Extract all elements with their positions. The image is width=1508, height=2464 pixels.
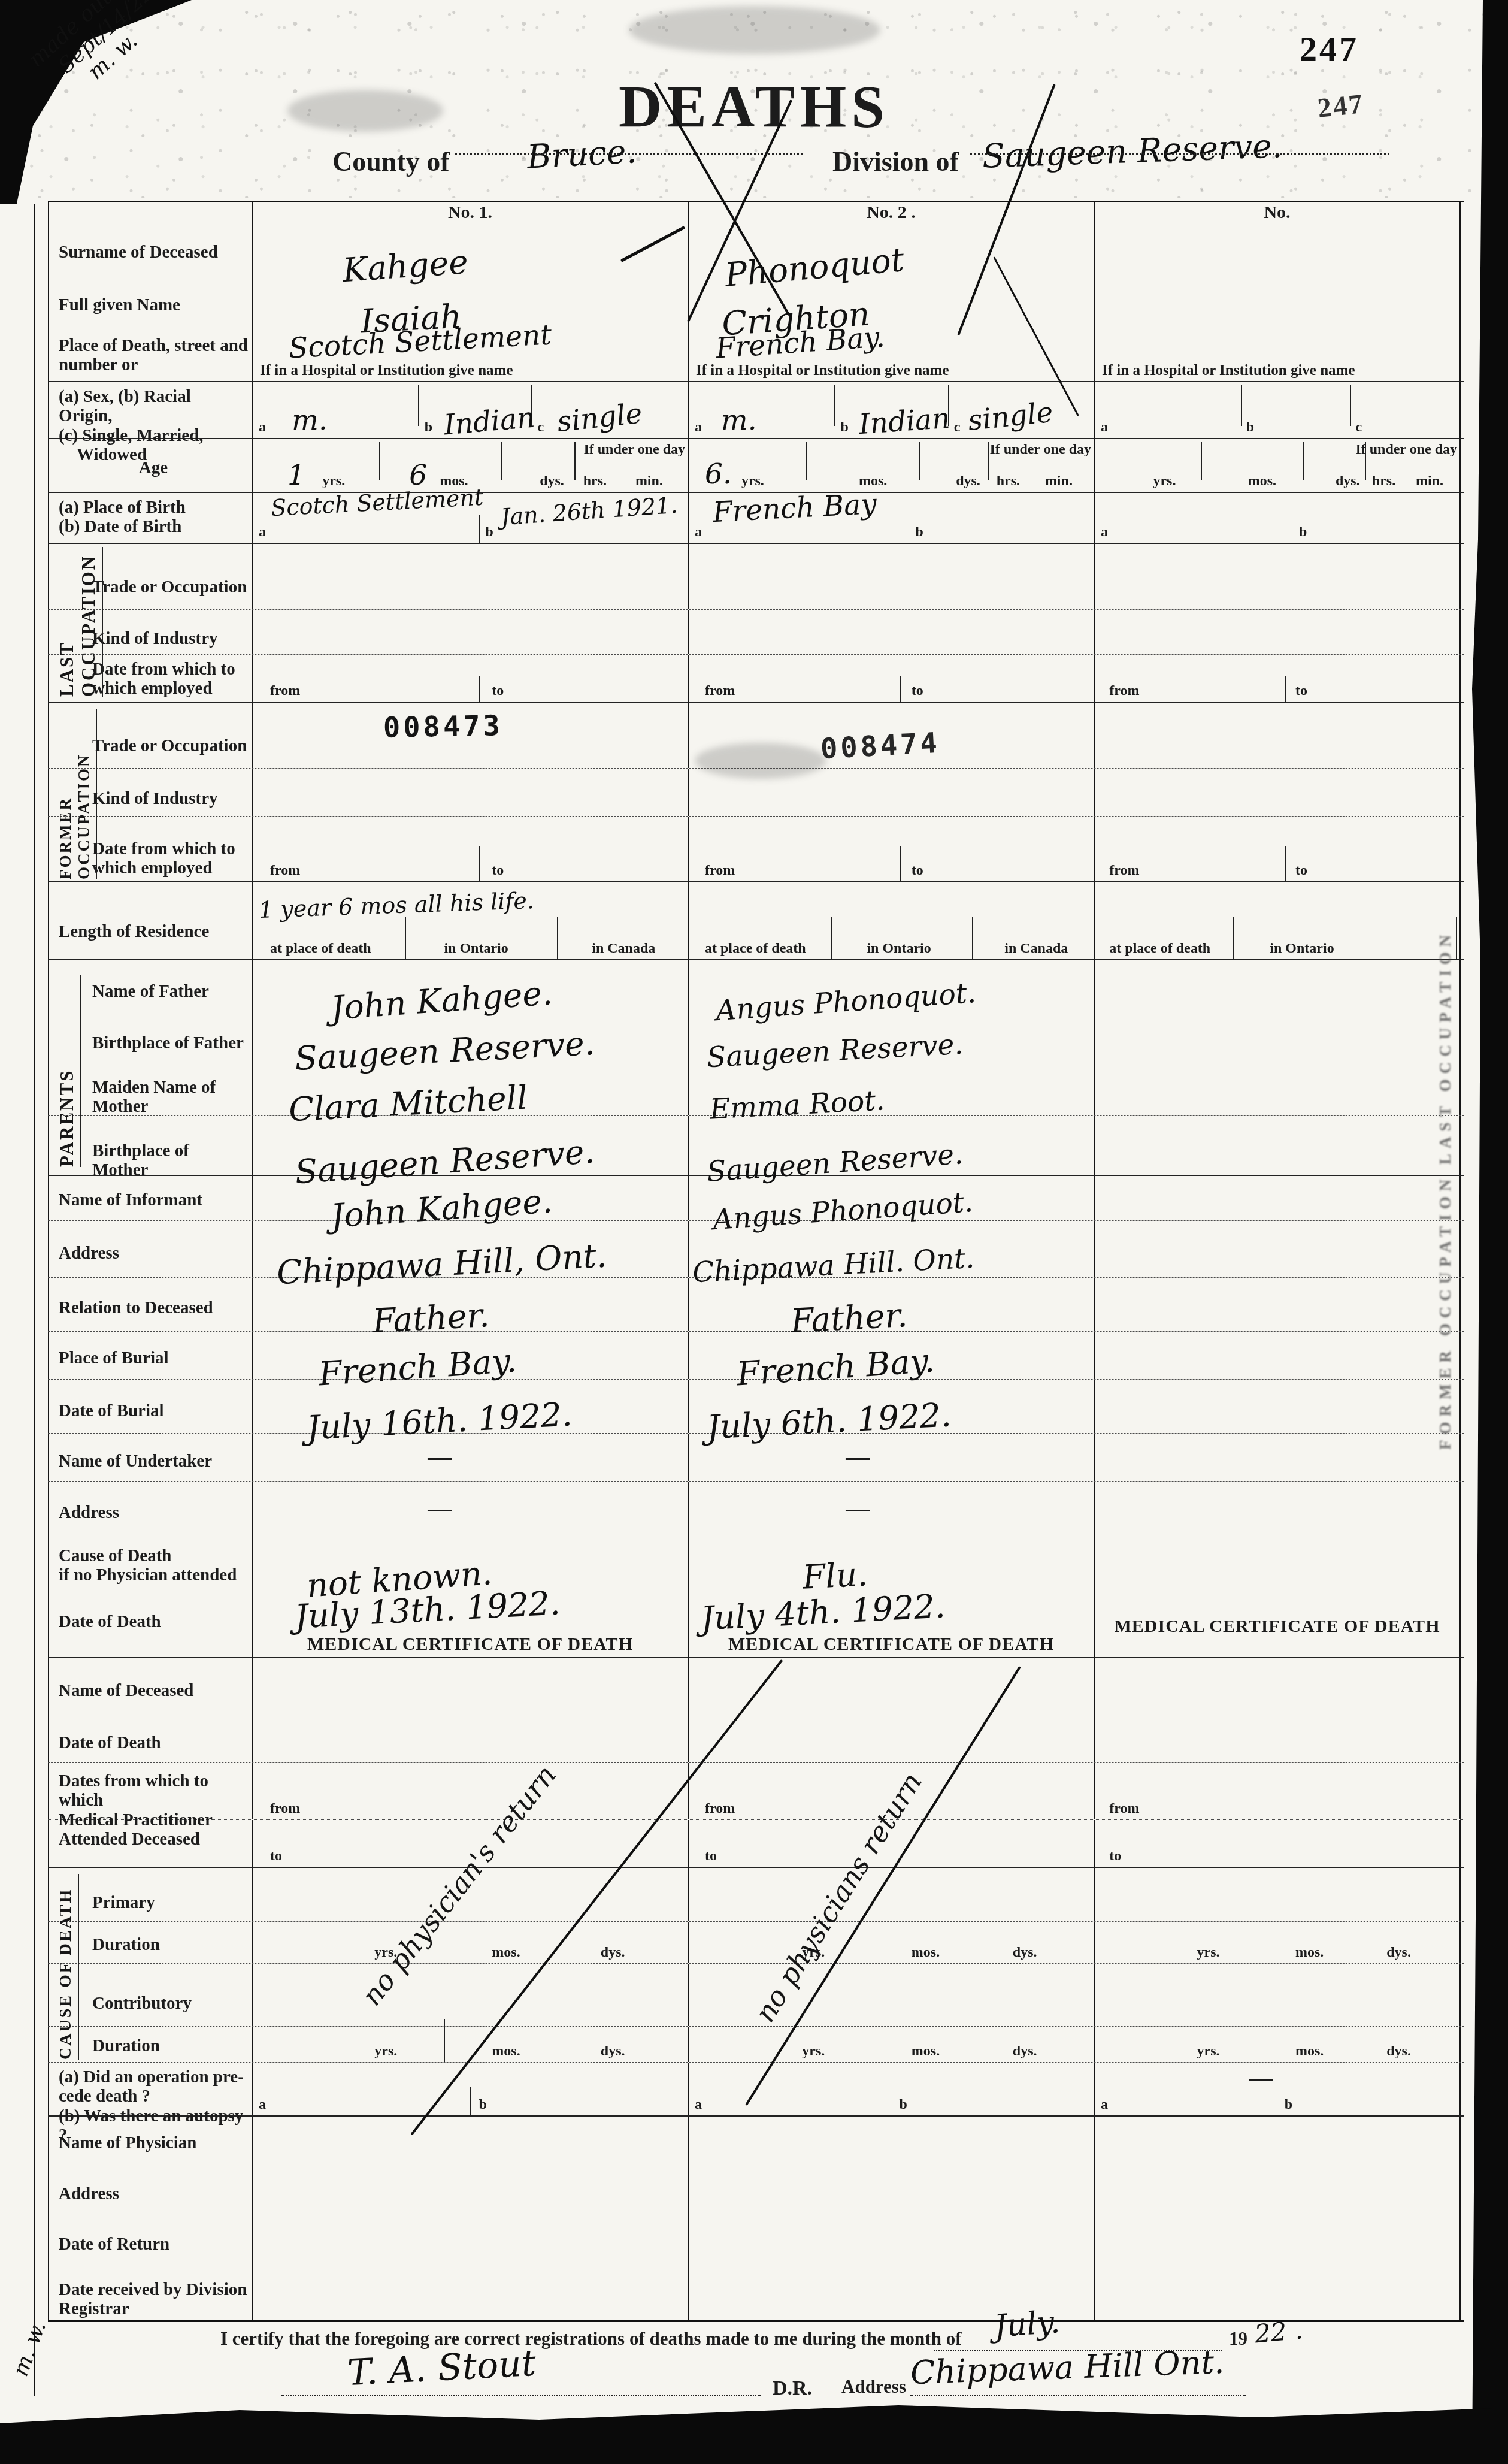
record1-racial-origin: Indian bbox=[443, 401, 536, 442]
row-date-of-return: Date of Return bbox=[48, 2215, 1464, 2263]
certify-statement: I certify that the foregoing are correct… bbox=[220, 2328, 961, 2350]
record1-number: No. 1. bbox=[252, 202, 688, 229]
row-father-birthplace: Birthplace of Father Saugeen Reserve. Sa… bbox=[48, 1014, 1464, 1062]
medical-certificate-header: MEDICAL CERTIFICATE OF DEATH bbox=[689, 1634, 1094, 1655]
row-sex-origin-status: (a) Sex, (b) Racial Origin, (c) Single, … bbox=[48, 382, 1464, 439]
record2-racial-origin: Indian bbox=[858, 402, 951, 441]
row-contributory-cause: Contributory bbox=[48, 1964, 1464, 2027]
certify-month: July. bbox=[993, 2304, 1061, 2345]
cell-label bbox=[48, 202, 252, 229]
scanned-death-register-page: 247 247 made out cards Sept/14/22 m. w. … bbox=[0, 0, 1508, 2464]
record2-undertaker-address: — bbox=[844, 1493, 871, 1524]
row-undertaker-address: Address — — bbox=[48, 1482, 1464, 1535]
registration-stamp-2: 008474 bbox=[820, 727, 941, 766]
row-record-number: No. 1. No. 2 . No. bbox=[48, 202, 1464, 229]
row-last-trade: Trade or Occupation bbox=[48, 544, 1464, 610]
certify-year: 22 . bbox=[1253, 2315, 1304, 2349]
record1-sex: m. bbox=[292, 404, 328, 437]
record2-age-years: 6. bbox=[705, 458, 732, 491]
row-contributory-duration: Duration yrs. mos. dys. yrs. mos. dys. y… bbox=[48, 2027, 1464, 2063]
page-title: DEATHS bbox=[0, 72, 1508, 141]
row-last-dates-employed: Date from which to which employed from t… bbox=[48, 655, 1464, 703]
record2-birth-place: French Bay bbox=[712, 488, 877, 529]
record1-undertaker: — bbox=[426, 1442, 453, 1473]
row-former-industry: Kind of Industry bbox=[48, 769, 1464, 817]
row-length-of-residence: Length of Residence 1 year 6 mos all his… bbox=[48, 882, 1464, 960]
parents-group-label: PARENTS bbox=[56, 975, 81, 1167]
row-physician-address: Address bbox=[48, 2161, 1464, 2215]
row-age: Age If under one day 1 yrs. 6 mos. dys. … bbox=[48, 439, 1464, 493]
row-mother-birthplace: Birthplace of Mother Saugeen Reserve. Sa… bbox=[48, 1116, 1464, 1176]
record1-birth-date: Jan. 26th 1921. bbox=[500, 492, 679, 531]
row-mother-maiden-name: Maiden Name of Mother Clara Mitchell Emm… bbox=[48, 1062, 1464, 1116]
last-occupation-group-label: LAST OCCUPATION bbox=[56, 547, 103, 697]
row-informant: Name of Informant John Kahgee. Angus Pho… bbox=[48, 1176, 1464, 1221]
ledger-edge-line bbox=[34, 204, 35, 2396]
former-occupation-group-label: FORMER OCCUPATION bbox=[56, 709, 97, 879]
row-burial-date: Date of Burial July 16th. 1922. July 6th… bbox=[48, 1380, 1464, 1434]
row-former-dates-employed: Date from which to which employed from t… bbox=[48, 817, 1464, 882]
row-mc-date-of-death: Date of Death bbox=[48, 1715, 1464, 1763]
row-burial-place: Place of Burial French Bay. French Bay. bbox=[48, 1332, 1464, 1380]
cause-of-death-group-label: CAUSE OF DEATH bbox=[56, 1874, 79, 2060]
record2-cause: Flu. bbox=[801, 1555, 868, 1597]
scan-edge-right bbox=[1472, 0, 1508, 2464]
row-last-industry: Kind of Industry bbox=[48, 610, 1464, 655]
scan-edge-bottom bbox=[0, 2399, 1508, 2464]
row-cause-of-death: Cause of Death if no Physician attended … bbox=[48, 1535, 1464, 1595]
row-physician: Name of Physician bbox=[48, 2117, 1464, 2161]
division-label: Division of bbox=[832, 146, 959, 177]
record1-age-years: 1 bbox=[287, 459, 305, 492]
county-label: County of bbox=[332, 146, 450, 177]
medical-certificate-header: MEDICAL CERTIFICATE OF DEATH bbox=[1095, 1616, 1459, 1637]
row-given-name: Full given Name Isaiah Crighton bbox=[48, 277, 1464, 331]
registrar-signature: T. A. Stout bbox=[346, 2342, 537, 2394]
row-date-of-death: Date of Death July 13th. 1922. MEDICAL C… bbox=[48, 1595, 1464, 1658]
page-number: 247 bbox=[1300, 29, 1359, 69]
row-birth: (a) Place of Birth (b) Date of Birth a S… bbox=[48, 493, 1464, 544]
record1-residence: 1 year 6 mos all his life. bbox=[258, 887, 534, 923]
row-relation: Relation to Deceased Father. Father. bbox=[48, 1278, 1464, 1332]
record2-number: No. 2 . bbox=[688, 202, 1094, 229]
row-surname: Surname of Deceased Kahgee Phonoquot bbox=[48, 229, 1464, 277]
row-place-of-death: Place of Death, street and number or Sco… bbox=[48, 331, 1464, 382]
record3-number: No. bbox=[1094, 202, 1461, 229]
record1-marital-status: single bbox=[556, 397, 644, 439]
row-father: Name of Father John Kahgee. Angus Phonoq… bbox=[48, 960, 1464, 1014]
row-mc-name-of-deceased: Name of Deceased bbox=[48, 1658, 1464, 1715]
row-date-received: Date received by Division Registrar bbox=[48, 2263, 1464, 2320]
record3-operation-mark: — bbox=[1248, 2063, 1274, 2093]
row-former-trade: Trade or Occupation bbox=[48, 703, 1464, 769]
record2-marital-status: single bbox=[967, 396, 1055, 438]
bleed-through-text: FORMER OCCUPATION LAST OCCUPATION bbox=[1436, 527, 1455, 1450]
row-informant-address: Address Chippawa Hill, Ont. Chippawa Hil… bbox=[48, 1221, 1464, 1278]
record1-undertaker-address: — bbox=[426, 1493, 453, 1524]
record2-undertaker: — bbox=[844, 1442, 871, 1473]
row-primary-duration: Duration yrs. mos. dys. yrs. mos. dys. y… bbox=[48, 1922, 1464, 1964]
registration-stamp-1: 008473 bbox=[383, 709, 504, 744]
margin-initials: m. w. bbox=[8, 2318, 51, 2380]
row-mc-attended-from: Dates from which to which Medical Practi… bbox=[48, 1763, 1464, 1820]
dr-label: D.R. bbox=[773, 2377, 812, 2400]
medical-certificate-header: MEDICAL CERTIFICATE OF DEATH bbox=[253, 1634, 688, 1655]
record2-sex: m. bbox=[721, 404, 757, 437]
row-mc-attended-to: to to to bbox=[48, 1820, 1464, 1868]
row-primary-cause: Primary bbox=[48, 1868, 1464, 1922]
row-undertaker: Name of Undertaker — — bbox=[48, 1434, 1464, 1482]
footer-address-label: Address bbox=[841, 2376, 906, 2398]
certify-year-prefix: 19 bbox=[1229, 2328, 1247, 2350]
